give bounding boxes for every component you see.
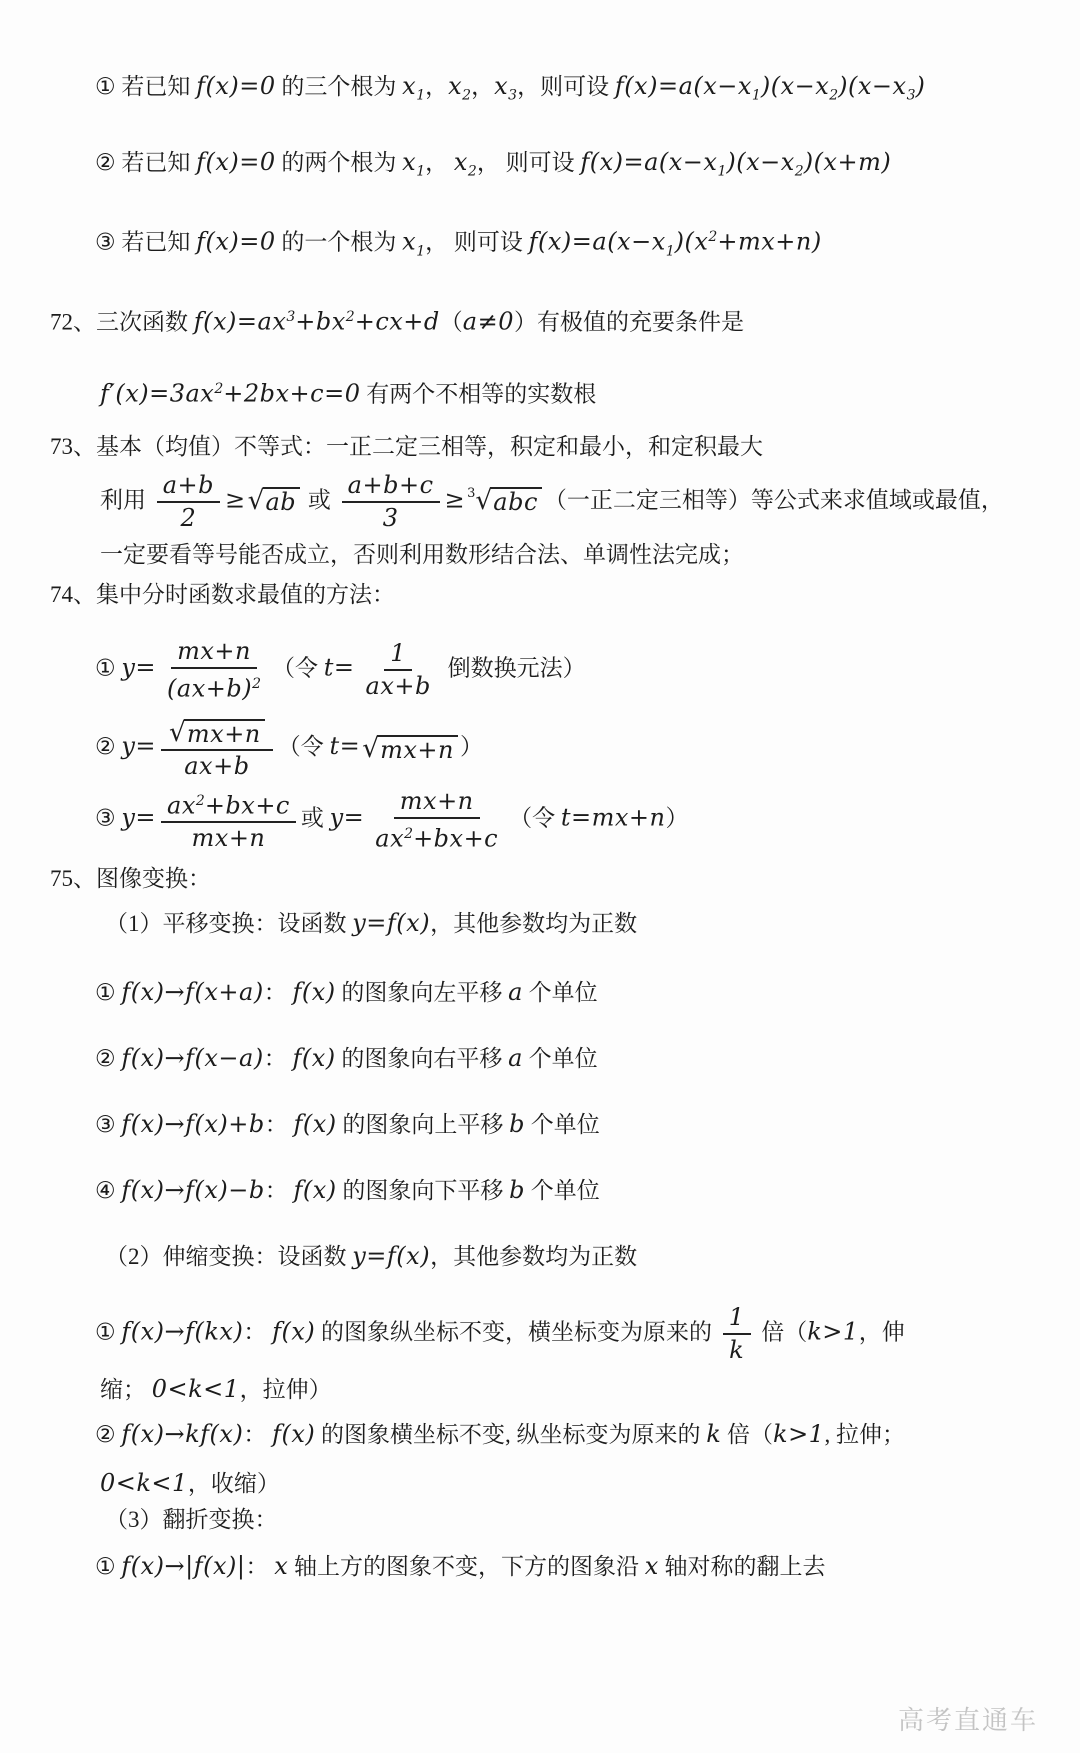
fraction: ax2+bx+cmx+n: [161, 787, 296, 854]
text-line: ② f(x)→kf(x)： f(x) 的图象横坐标不变, 纵坐标变为原来的 k …: [95, 1418, 1040, 1451]
radical: 3√abc: [467, 487, 542, 516]
text-line: （3）翻折变换：: [105, 1504, 1040, 1536]
fraction: mx+nax2+bx+c: [369, 787, 504, 854]
fraction: mx+n(ax+b)2: [161, 637, 267, 704]
text-line: （1）平移变换：设函数 y=f(x)，其他参数均为正数: [105, 907, 1040, 940]
text-line: 74、集中分时函数求最值的方法：: [50, 579, 1040, 611]
document-page: ① 若已知 f(x)=0 的三个根为 x1，x2，x3，则可设 f(x)=a(x…: [0, 0, 1080, 1753]
radical: √mx+n: [362, 735, 458, 764]
text-line: ① 若已知 f(x)=0 的三个根为 x1，x2，x3，则可设 f(x)=a(x…: [95, 70, 1040, 112]
text-line: ③ 若已知 f(x)=0 的一个根为 x1， 则可设 f(x)=a(x−x1)(…: [95, 221, 1040, 267]
radical: √ab: [248, 487, 301, 516]
lines-host: ① 若已知 f(x)=0 的三个根为 x1，x2，x3，则可设 f(x)=a(x…: [50, 70, 1040, 1583]
text-line: 一定要看等号能否成立，否则利用数形结合法、单调性法完成；: [100, 539, 1040, 571]
text-line: 0<k<1，收缩）: [100, 1467, 1040, 1500]
text-line: ① f(x)→|f(x)|： x 轴上方的图象不变，下方的图象沿 x 轴对称的翻…: [95, 1550, 1040, 1583]
text-line: ① y=mx+n(ax+b)2（令 t=1ax+b 倒数换元法）: [95, 637, 1040, 704]
watermark: 高考直通车: [898, 1700, 1038, 1737]
text-line: ② 若已知 f(x)=0 的两个根为 x1， x2， 则可设 f(x)=a(x−…: [95, 146, 1040, 188]
text-line: ③ f(x)→f(x)+b： f(x) 的图象向上平移 b 个单位: [95, 1108, 1040, 1141]
text-line: ② y=√mx+nax+b（令 t=√mx+n）: [95, 717, 1040, 780]
text-line: 利用 a+b2≥√ab 或 a+b+c3≥3√abc（一正二定三相等）等公式来求…: [100, 471, 1040, 533]
fraction: 1k: [723, 1303, 751, 1365]
text-line: 72、三次函数 f(x)=ax3+bx2+cx+d（a≠0）有极值的充要条件是: [50, 301, 1040, 339]
text-line: 75、图像变换：: [50, 863, 1040, 895]
fraction: a+b+c3: [342, 471, 440, 533]
radical: √mx+n: [169, 719, 265, 748]
text-line: ① f(x)→f(x+a)： f(x) 的图象向左平移 a 个单位: [95, 976, 1040, 1009]
fraction: √mx+nax+b: [161, 717, 273, 780]
text-line: ④ f(x)→f(x)−b： f(x) 的图象向下平移 b 个单位: [95, 1174, 1040, 1207]
text-line: f′(x)=3ax2+2bx+c=0 有两个不相等的实数根: [100, 373, 1040, 411]
text-line: ③ y=ax2+bx+cmx+n或 y=mx+nax2+bx+c（令 t=mx+…: [95, 787, 1040, 854]
text-line: ① f(x)→f(kx)： f(x) 的图象纵坐标不变，横坐标变为原来的 1k …: [95, 1303, 1040, 1365]
text-line: （2）伸缩变换：设函数 y=f(x)，其他参数均为正数: [105, 1240, 1040, 1273]
fraction: a+b2: [157, 471, 220, 533]
text-line: 缩； 0<k<1，拉伸）: [100, 1373, 1040, 1406]
fraction: 1ax+b: [360, 639, 437, 701]
text-line: ② f(x)→f(x−a)： f(x) 的图象向右平移 a 个单位: [95, 1042, 1040, 1075]
text-line: 73、基本（均值）不等式：一正二定三相等，积定和最小，和定积最大: [50, 431, 1040, 463]
